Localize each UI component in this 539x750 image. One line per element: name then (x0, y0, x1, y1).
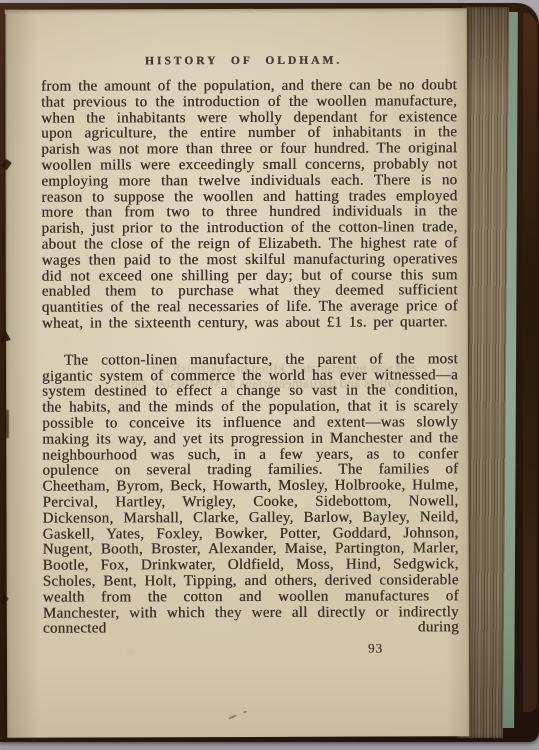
scanned-book-page: HISTORY OF OLDHAM. and was unfortunately… (5, 8, 470, 738)
foxing-spot (435, 188, 440, 193)
running-header: HISTORY OF OLDHAM. (145, 54, 467, 67)
foxing-spot (336, 309, 342, 314)
gutter-shadow-line (4, 14, 6, 734)
binding-mark (5, 410, 9, 438)
paragraph-continuation: from the amount of the population, and t… (41, 78, 458, 332)
paragraph-cotton-linen: The cotton-linen manufacture, the parent… (42, 352, 459, 638)
page-number: 93 (43, 640, 459, 657)
body-text: from the amount of the population, and t… (41, 78, 459, 657)
cover-edge-highlight (523, 13, 537, 712)
foxing-spot (127, 649, 134, 655)
